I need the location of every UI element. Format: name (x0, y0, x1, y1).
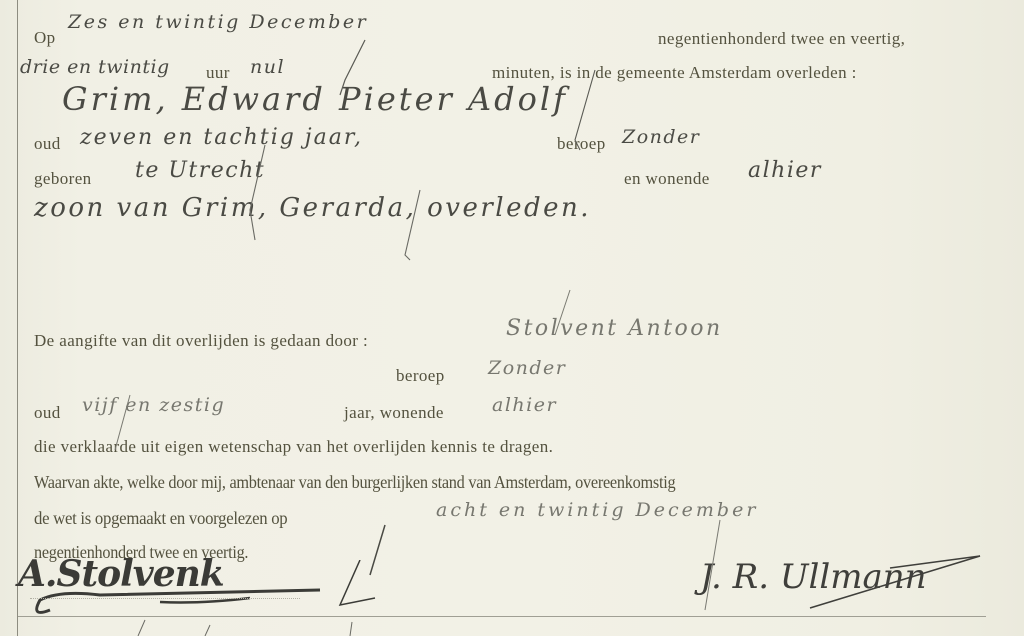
uur-label: uur (206, 64, 230, 81)
declarant-statement-printed: die verklaarde uit eigen wetenschap van … (34, 438, 553, 455)
oud-label: oud (34, 135, 61, 152)
declarant-age-handwritten: vijf en zestig (82, 396, 225, 415)
declarant-residence-handwritten: alhier (492, 396, 557, 415)
geboren-label: geboren (34, 170, 92, 187)
death-certificate-page: Op Zes en twintig December negentienhond… (0, 0, 1024, 636)
death-date-handwritten: Zes en twintig December (68, 13, 368, 32)
bottom-rule (18, 616, 986, 617)
death-year-printed: negentienhonderd twee en veertig, (658, 30, 905, 47)
declarant-signature: A.Stolvenk (18, 556, 224, 592)
declarant-beroep-label: beroep (396, 367, 445, 384)
op-label: Op (34, 29, 56, 46)
closing-line-2: de wet is opgemaakt en voorgelezen op (34, 509, 287, 527)
declarant-name-handwritten: Stolvent Antoon (506, 318, 723, 340)
deceased-age-handwritten: zeven en tachtig jaar, (80, 127, 363, 149)
declarant-intro-printed: De aangifte van dit overlijden is gedaan… (34, 332, 368, 349)
read-date-handwritten: acht en twintig December (436, 501, 758, 520)
beroep-label: beroep (557, 135, 606, 152)
birthplace-handwritten: te Utrecht (135, 160, 265, 182)
declarant-occupation-handwritten: Zonder (488, 359, 566, 378)
left-margin-rule (17, 0, 18, 636)
signature-dotted-rule (30, 598, 300, 599)
deceased-occupation-handwritten: Zonder (622, 128, 700, 147)
death-hour-handwritten: drie en twintig (20, 58, 170, 77)
minuten-location-printed: minuten, is in de gemeente Amsterdam ove… (492, 64, 857, 81)
jaar-wonende-label: jaar, wonende (344, 404, 444, 421)
death-minutes-handwritten: nul (250, 58, 285, 77)
closing-line-1: Waarvan akte, welke door mij, ambtenaar … (34, 473, 675, 491)
declarant-oud-label: oud (34, 404, 61, 421)
official-signature: J. R. Ullmann (700, 560, 927, 594)
deceased-name-handwritten: Grim, Edward Pieter Adolf (62, 83, 568, 115)
residence-handwritten: alhier (748, 160, 822, 182)
wonende-label: en wonende (624, 170, 710, 187)
parents-handwritten: zoon van Grim, Gerarda, overleden. (34, 195, 591, 221)
